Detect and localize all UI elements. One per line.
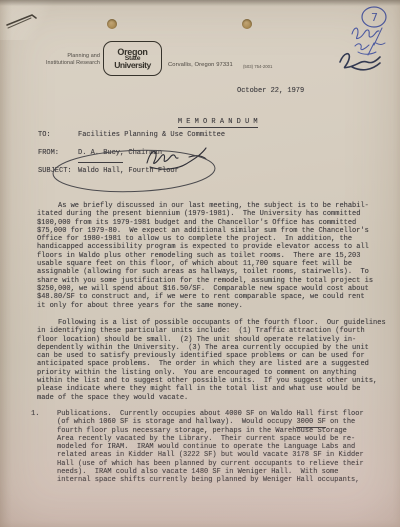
handwritten-initials bbox=[340, 54, 380, 70]
sf-underline bbox=[296, 427, 326, 428]
body-paragraph-1: As we briefly discussed in our last meet… bbox=[37, 202, 373, 310]
paper-corner-fold bbox=[0, 0, 72, 40]
memo-date: October 22, 1979 bbox=[237, 87, 304, 95]
handwritten-annotations: 7 bbox=[332, 2, 400, 76]
handwritten-scribble bbox=[358, 52, 376, 54]
punch-hole-right bbox=[242, 19, 252, 29]
from-name-underline bbox=[78, 162, 123, 163]
circled-number-outline bbox=[362, 7, 386, 27]
staple bbox=[2, 6, 42, 32]
letterhead-department: Planning and Institutional Research bbox=[18, 53, 100, 67]
letterhead-address: Corvallis, Oregon 97331 bbox=[168, 62, 233, 68]
subject-value: Waldo Hall, Fourth Floor bbox=[78, 167, 179, 175]
punch-hole-left bbox=[107, 19, 117, 29]
logo-line: University bbox=[114, 62, 151, 70]
body-paragraph-2: Following is a list of possible occupant… bbox=[37, 319, 386, 402]
memo-title-text: M E M O R A N D U M bbox=[178, 118, 258, 128]
letterhead-phone: (503) 754-2001 bbox=[243, 64, 272, 69]
to-value: Facilities Planning & Use Committee bbox=[78, 131, 225, 139]
memo-page: 7 Planning and Institutional Research Or… bbox=[0, 0, 400, 527]
from-label: FROM: bbox=[38, 149, 59, 157]
to-label: TO: bbox=[38, 131, 51, 139]
from-value: D. A. Bucy, Chairman bbox=[78, 149, 162, 157]
handwritten-scribble bbox=[355, 28, 385, 55]
handwritten-scribble bbox=[352, 28, 379, 39]
subject-label: SUBJECT: bbox=[38, 167, 72, 175]
circled-number-annotation: 7 bbox=[371, 11, 378, 24]
university-logo: Oregon State University bbox=[103, 41, 162, 76]
list-item-number: 1. bbox=[31, 410, 39, 418]
list-item-publications: Publications. Currently occupies about 4… bbox=[57, 410, 364, 485]
